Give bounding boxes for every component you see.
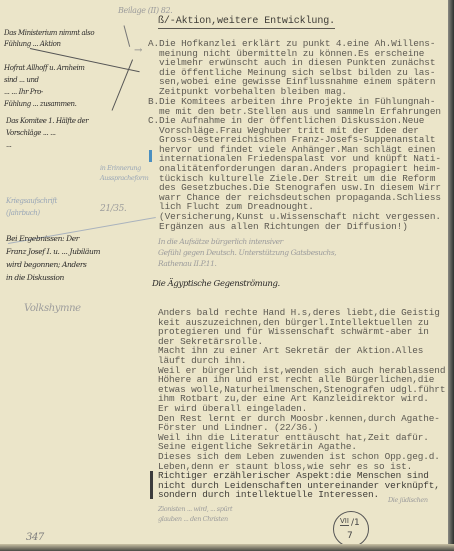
stamp-slash-value: /1 (351, 518, 360, 528)
pencil-note-line: Kriegsaufschrift (6, 195, 57, 207)
page-number: 347 (26, 532, 44, 543)
margin-note-top-left: Das Ministerium nimmt also Fühlung ... A… (4, 28, 94, 50)
blue-note-line: in Erinnerung (100, 163, 148, 173)
bottom-pencil-note: Die jüdischen (388, 496, 428, 504)
pencil-note-bottom-left: Volkshymne (24, 303, 81, 314)
section-b: B.Die Komitees arbeiten ihre Projekte in… (148, 97, 441, 116)
blue-note: in Erinnerung Ausspracheform (100, 163, 148, 183)
section-a: A.Die Hofkanzlei erklärt zu punkt 4.eine… (148, 39, 435, 97)
stamp-top: VII (340, 517, 349, 526)
pencil-note-left: Kriegsaufschrift (Jahrbuch) (6, 195, 57, 219)
arrow-head-icon: → (134, 45, 142, 56)
bottom-pencil-note: Zionisten ... wird, ... spürt (158, 505, 232, 513)
margin-note-line: Hofrat Allhoff u. Arnheim (4, 62, 85, 74)
reference-number: 21/35. (100, 204, 126, 214)
blue-note-line: Ausspracheform (100, 173, 148, 183)
handwritten-line: Franz Josef I. u. ... Jubiläum (6, 245, 100, 258)
handwritten-line: wird begonnen; Anders (6, 258, 100, 271)
margin-note-line: Vorschläge ... ... (6, 127, 88, 139)
header-annotation: Beilage (II) 82. (118, 6, 172, 15)
margin-note-line: sind ... und (4, 74, 85, 86)
main-paragraph: Anders bald rechte Hand H.s,deres liebt,… (158, 308, 445, 500)
section-c: C.Die Aufnahme in der öffentlichen Disku… (148, 116, 441, 231)
scan-edge-right (448, 0, 454, 551)
section-c-line: Ergänzen aus allen Richtungen der Diffus… (148, 222, 441, 232)
margin-note-lower-left: Das Komitee 1. Hälfte der Vorschläge ...… (6, 115, 88, 151)
margin-note-line: Das Komitee 1. Hälfte der (6, 115, 88, 127)
margin-note-line: ... ... Ihr Pro- (4, 86, 85, 98)
margin-note-line: Fühlung ... Aktion (4, 39, 94, 50)
blue-margin-mark (149, 150, 152, 162)
pencil-insert-line: Rathenau II.P.11. (158, 258, 336, 269)
margin-bar (150, 471, 153, 499)
stamp-bottom: 7 (347, 531, 353, 541)
archive-stamp: VII /1 7 (333, 511, 369, 544)
pencil-note-line: (Jahrbuch) (6, 207, 57, 219)
pencil-insert: In die Aufsätze bürgerlich intensiver Ge… (158, 236, 336, 269)
handwritten-block: Bei Ergebnissen: Der Franz Josef I. u. .… (6, 232, 100, 284)
margin-note-middle-left: Hofrat Allhoff u. Arnheim sind ... und .… (4, 62, 85, 110)
pencil-insert-line: Gefühl gegen Deutsch. Unterstützung Gats… (158, 247, 336, 258)
margin-note-line: Fühlung ... zusammen. (4, 98, 85, 110)
bottom-pencil-note: glauben ... den Christen (158, 515, 228, 523)
scan-edge-bottom (0, 544, 454, 551)
margin-note-line: Das Ministerium nimmt also (4, 28, 94, 39)
handwritten-heading: Die Ägyptische Gegenströmung. (152, 279, 280, 289)
arrow-line (124, 25, 131, 47)
handwritten-line: Bei Ergebnissen: Der (6, 232, 100, 245)
pencil-insert-line: In die Aufsätze bürgerlich intensiver (158, 236, 336, 247)
handwritten-line: in die Diskussion (6, 271, 100, 284)
page-title: ß/-Aktion,weitere Entwicklung. (158, 17, 335, 29)
margin-note-line: ... (6, 139, 88, 151)
manuscript-page: Beilage (II) 82. ß/-Aktion,weitere Entwi… (0, 0, 448, 544)
